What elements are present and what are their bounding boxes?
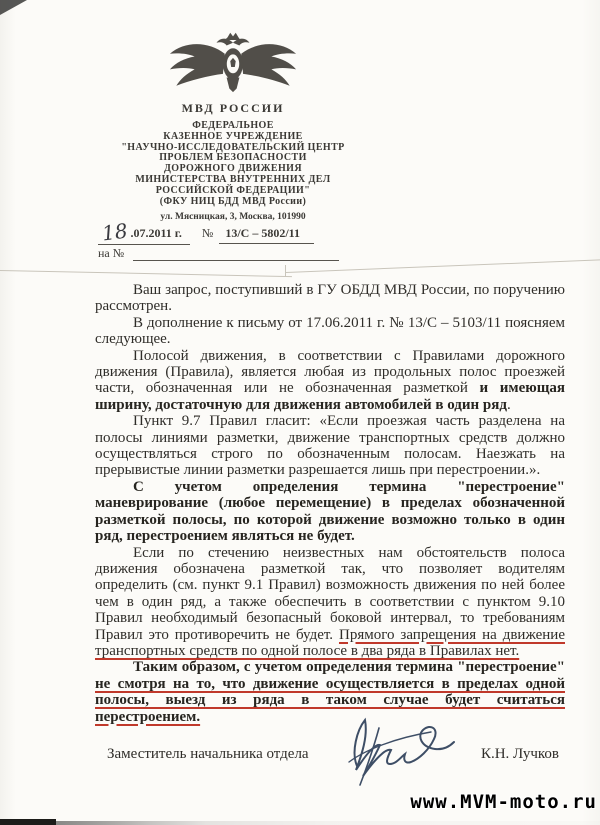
org-name-line: (ФКУ НИЦ БДД МВД России)	[63, 197, 403, 208]
number-sign: №	[202, 226, 213, 240]
date-printed: .07.2011 г.	[130, 226, 181, 240]
org-name-line: РОССИЙСКОЙ ФЕДЕРАЦИИ"	[63, 186, 403, 197]
body-paragraphs: Ваш запрос, поступивший в ГУ ОБДД МВД Ро…	[95, 282, 565, 725]
org-full-name: ФЕДЕРАЛЬНОЕКАЗЕННОЕ УЧРЕЖДЕНИЕ"НАУЧНО-ИС…	[63, 121, 403, 207]
paragraph: Если по стечению неизвестных нам обстоят…	[95, 545, 565, 660]
date-field: 18.07.2011 г.	[98, 218, 190, 245]
signer-name: К.Н. Лучков	[481, 746, 559, 763]
scan-corner-artifact	[0, 0, 27, 15]
handwritten-signature	[335, 710, 465, 790]
text-segment: Ваш запрос, поступивший в ГУ ОБДД МВД Ро…	[95, 282, 565, 314]
scan-bottom-artifact	[0, 819, 56, 825]
paragraph: Таким образом, с учетом определения терм…	[95, 659, 565, 725]
text-segment: Пункт 9.7 Правил гласит: «Если проезжая …	[95, 413, 565, 478]
paragraph: Полосой движения, в соответствии с Прави…	[95, 348, 565, 414]
letterhead: МВД РОССИИ ФЕДЕРАЛЬНОЕКАЗЕННОЕ УЧРЕЖДЕНИ…	[63, 30, 403, 222]
scan-seam-tick	[285, 265, 286, 276]
scan-seam-line	[0, 270, 292, 277]
mvd-eagle-emblem	[162, 30, 304, 94]
ref-label: на №	[98, 246, 124, 260]
text-segment: Таким образом, с учетом определения терм…	[133, 659, 565, 675]
org-name-line: КАЗЕННОЕ УЧРЕЖДЕНИЕ	[63, 132, 403, 143]
signer-position: Заместитель начальника отдела	[107, 746, 309, 763]
paragraph: Пункт 9.7 Правил гласит: «Если проезжая …	[95, 413, 565, 479]
ref-blank-line	[133, 248, 339, 261]
paragraph: В дополнение к письму от 17.06.2011 г. №…	[95, 315, 565, 348]
scanned-letter: МВД РОССИИ ФЕДЕРАЛЬНОЕКАЗЕННОЕ УЧРЕЖДЕНИ…	[0, 0, 600, 825]
date-number-row: 18.07.2011 г.№13/С – 5802/11	[98, 218, 314, 245]
text-segment: В дополнение к письму от 17.06.2011 г. №…	[95, 315, 565, 347]
watermark: www.MVM-moto.ru	[410, 791, 597, 813]
paragraph: С учетом определения термина "перестроен…	[95, 479, 565, 545]
scan-seam-line	[286, 259, 600, 273]
text-segment: не смотря на то, что движение осуществля…	[95, 676, 565, 725]
handwritten-day: 18	[101, 219, 129, 246]
text-segment: .	[507, 397, 511, 413]
org-short-name: МВД РОССИИ	[63, 101, 403, 116]
paragraph: Ваш запрос, поступивший в ГУ ОБДД МВД Ро…	[95, 282, 565, 315]
outgoing-number: 13/С – 5802/11	[219, 226, 314, 244]
text-segment: С учетом определения термина "перестроен…	[95, 479, 565, 544]
reference-row: на №	[98, 246, 339, 261]
